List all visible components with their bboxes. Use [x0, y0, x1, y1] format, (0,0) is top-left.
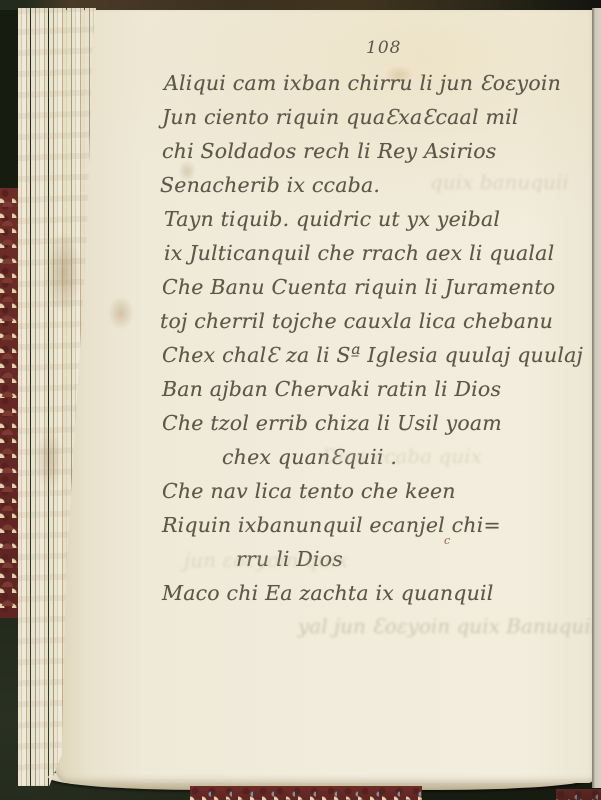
manuscript-line: ix Julticanquil che rrach aex li qualal — [160, 236, 598, 270]
bleedthrough-line: Dios ccaba quix — [322, 444, 482, 468]
page-right-edge — [592, 8, 601, 788]
manuscript-line: Ban ajban Chervaki ratin li Dios — [160, 372, 598, 406]
manuscript-line: Chex chalƐ za li Sª Iglesia quulaj quula… — [160, 338, 598, 372]
manuscript-line: toj cherril tojche cauxla lica chebanu — [160, 304, 598, 338]
correction-mark: c — [444, 534, 450, 547]
manuscript-line: Che Banu Cuenta riquin li Juramento — [160, 270, 598, 304]
bleedthrough-line: yal jun Ɛoɛyoin quix Banuquii — [298, 614, 597, 638]
bleedthrough-line: jun ɛoɛyoin quix — [184, 548, 348, 572]
bleedthrough-line: quix banuquii — [430, 170, 569, 194]
manuscript-line: chi Soldados rech li Rey Asirios — [160, 134, 598, 168]
manuscript-lines: Aliqui cam ixban chirru li jun ƐoɛyoinJu… — [160, 66, 598, 610]
marbled-endpaper-corner — [556, 789, 601, 800]
manuscript-line: Jun ciento riquin quaƐxaƐcaal mil — [160, 100, 598, 134]
manuscript-line: Tayn tiquib. quidric ut yx yeibal — [160, 202, 598, 236]
manuscript-line: Riquin ixbanunquil ecanjel chi= — [160, 508, 598, 542]
page-number: 108 — [366, 38, 401, 58]
manuscript-line: Maco chi Ea zachta ix quanquil — [160, 576, 598, 610]
manuscript-line: Aliqui cam ixban chirru li jun Ɛoɛyoin — [160, 66, 598, 100]
paper-stain — [108, 296, 134, 330]
manuscript-line: Che nav lica tento che keen — [160, 474, 598, 508]
marbled-endpaper-bottom — [190, 786, 422, 800]
manuscript-line: Che tzol errib chiza li Usil yoam — [160, 406, 598, 440]
marbled-endpaper-left — [0, 188, 21, 618]
manuscript-photo: 108 Aliqui cam ixban chirru li jun Ɛoɛyo… — [0, 0, 601, 800]
